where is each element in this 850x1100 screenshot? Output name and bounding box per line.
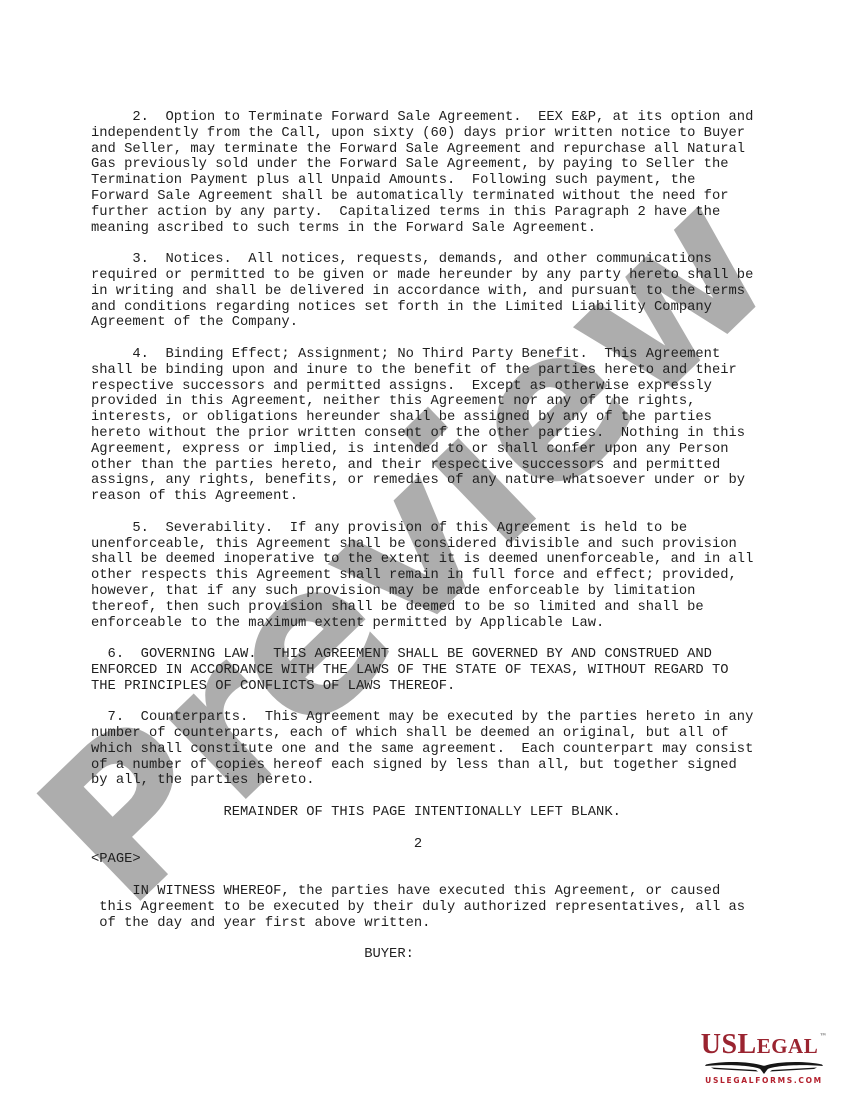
remainder-blank-notice: REMAINDER OF THIS PAGE INTENTIONALLY LEF… (91, 805, 850, 821)
uslegal-logo: USLEGAL™ USLEGALFORMS.COM (696, 1024, 832, 1085)
trademark-symbol: ™ (819, 1032, 827, 1041)
page-break-marker: <PAGE> (91, 852, 850, 868)
uslegal-logotype-large: USL (701, 1029, 757, 1060)
eagle-icon (703, 1061, 825, 1075)
paragraph-5-severability: 5. Severability. If any provision of thi… (91, 521, 850, 632)
document-body: 2. Option to Terminate Forward Sale Agre… (0, 0, 850, 963)
uslegal-logotype-small: EGAL (757, 1034, 819, 1058)
buyer-label-line: BUYER: (91, 947, 850, 963)
paragraph-4-binding-effect: 4. Binding Effect; Assignment; No Third … (91, 347, 850, 505)
page-number: 2 (91, 837, 850, 853)
document-page: Preview 2. Option to Terminate Forward S… (0, 0, 850, 1100)
witness-clause: IN WITNESS WHEREOF, the parties have exe… (91, 884, 850, 931)
paragraph-2-option-to-terminate: 2. Option to Terminate Forward Sale Agre… (91, 110, 850, 236)
paragraph-3-notices: 3. Notices. All notices, requests, deman… (91, 252, 850, 331)
paragraph-7-counterparts: 7. Counterparts. This Agreement may be e… (91, 710, 850, 789)
uslegalforms-url: USLEGALFORMS.COM (696, 1076, 832, 1085)
uslegal-logotype: USLEGAL™ (696, 1024, 832, 1062)
paragraph-6-governing-law: 6. GOVERNING LAW. THIS AGREEMENT SHALL B… (91, 647, 850, 694)
